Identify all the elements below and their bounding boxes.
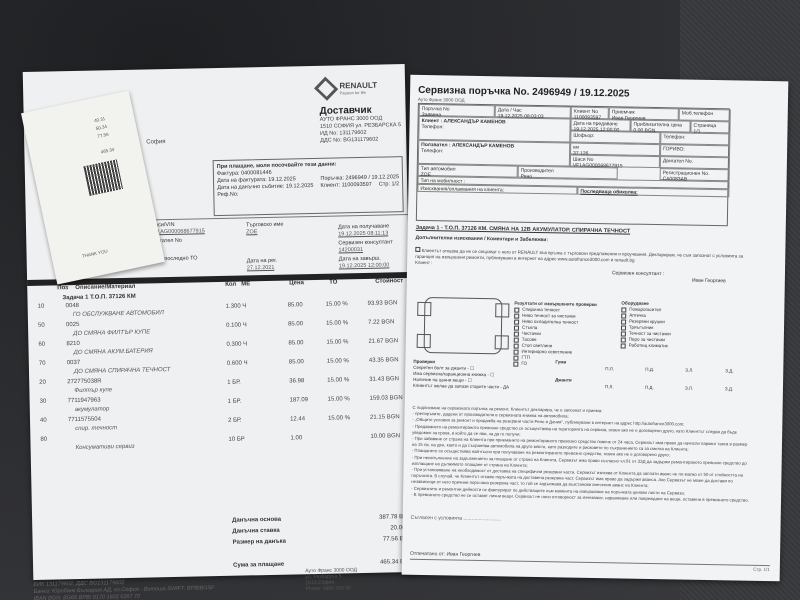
- line-pos: 60: [38, 342, 45, 348]
- line-value: 21.67 BGN: [368, 338, 398, 345]
- checkbox-icon[interactable]: [514, 325, 519, 330]
- receipt-line: 40.31: [94, 116, 106, 123]
- brand-name: RENAULT: [339, 81, 377, 91]
- checkbox-icon[interactable]: [514, 331, 519, 336]
- consent-checkbox[interactable]: [415, 247, 420, 252]
- checkbox-icon[interactable]: [621, 319, 626, 324]
- line-desc: ДО СМЯНА ФИЛТЪР КУПЕ: [73, 329, 150, 337]
- line-pos: 30: [40, 399, 47, 405]
- wheel-icon: [495, 335, 509, 349]
- requests-label: Изисквания/оплаквания на клиента:: [417, 184, 577, 195]
- service-order-document: Сервизна поръчка No. 2496949 / 19.12.202…: [402, 75, 789, 582]
- wheel-icon: [417, 334, 431, 348]
- brand-tagline: Passion for life: [340, 90, 378, 96]
- order-task: Задача 1 - Т.О.П. 37126 КМ. СМЯНА НА 12В…: [416, 225, 631, 235]
- client-city: София: [146, 139, 165, 145]
- checkbox-icon[interactable]: [621, 313, 626, 318]
- checkbox-icon[interactable]: [514, 343, 519, 348]
- line-price: 85.00: [288, 340, 303, 346]
- tyre-pos: З.Д.: [725, 368, 733, 373]
- line-discount: 15.00 %: [326, 301, 348, 307]
- renault-diamond-icon: [314, 77, 338, 101]
- tax-amount-label: Размер на данъка: [233, 539, 287, 551]
- line-pos: 20: [39, 380, 46, 386]
- line-price: 85.00: [288, 302, 303, 308]
- line-qty: 1.300 Ч: [226, 303, 247, 309]
- tyre-pos: П.Д.: [645, 367, 654, 372]
- line-price: 85.00: [288, 321, 303, 327]
- line-value: 159.03 BGN: [370, 395, 403, 402]
- order-fields-grid: Поръчка NoЗаявена Дата / Час19.12.2025 0…: [416, 103, 730, 226]
- line-qty: 0.300 Ч: [226, 341, 247, 347]
- line-price: 85.00: [289, 359, 304, 365]
- line-discount: 15.00 %: [326, 339, 348, 345]
- mobile-label: Моб.телефон: [679, 108, 731, 121]
- line-code: 7711575504: [68, 416, 101, 423]
- checkbox-icon[interactable]: [514, 337, 519, 342]
- line-pos: 70: [39, 361, 46, 367]
- col-discount: ТО: [329, 280, 337, 286]
- received-value: 19.12.2025 08:11:13: [338, 230, 389, 238]
- line-value: 7.22 BGN: [368, 319, 394, 326]
- inspections: Проверки Секретен болт за джанти - ☐ Има…: [413, 359, 510, 391]
- consultant-label: Сервизен консултант: [338, 239, 393, 247]
- col-unit: МЕ: [241, 281, 250, 287]
- task-title: Задача 1 Т.О.П. 37126 КМ: [62, 294, 135, 302]
- supplier-vat: ДДС No: BG131179602: [320, 136, 410, 145]
- equipment-list: Оборудване ПожарогасителАптечкаРезервни …: [621, 300, 672, 349]
- checkbox-icon[interactable]: [621, 337, 626, 342]
- vehicle-info: Шаси/VINVF1AG000068677915 Двигател No Да…: [146, 214, 409, 277]
- tyres-label: Гуми: [555, 359, 566, 364]
- footer-divider: [410, 559, 770, 566]
- last-visit-label: Последваща обиколка:: [577, 187, 729, 198]
- line-code: 0048: [66, 303, 79, 309]
- line-value: 93.93 BGN: [368, 300, 398, 307]
- invoice-lines: 100048ГО ОБСЛУЖВАНЕ АВТОМОБИЛ1.300 Ч85.0…: [38, 296, 411, 456]
- renault-logo: RENAULT Passion for life: [317, 79, 377, 98]
- inspection-item: Клиентът желае да запази старите части -…: [413, 383, 509, 391]
- total-label: Сума за плащане: [233, 562, 284, 574]
- checkbox-icon[interactable]: [621, 307, 626, 312]
- line-qty: 1 БР.: [228, 399, 242, 405]
- rim-pos: П.Л.: [605, 384, 614, 389]
- tyre-pos: П.Л.: [605, 366, 614, 371]
- line-discount: 15.00 %: [326, 320, 348, 326]
- receipt-line: 50.34: [95, 124, 107, 131]
- car-diagram-icon: [424, 297, 503, 354]
- line-code: 0037: [67, 360, 80, 366]
- checkbox-icon[interactable]: [514, 307, 519, 312]
- line-pos: 10: [38, 304, 45, 310]
- line-value: 21.15 BGN: [370, 414, 400, 421]
- checkbox-icon[interactable]: [621, 325, 626, 330]
- line-desc: ГО ОБСЛУЖВАНЕ АВТОМОБИЛ: [73, 310, 164, 318]
- agree-signature: Съгласен с условията ...................…: [411, 515, 501, 523]
- line-qty: 1 БР.: [227, 380, 241, 386]
- consent-body: Клиентът отказва да не се свързват с нег…: [415, 248, 743, 263]
- rim-pos: З.Л.: [685, 386, 693, 391]
- client-number: Клиент: 1100093597: [320, 182, 371, 190]
- consultant-name: Иван Георгиев: [692, 278, 726, 285]
- terms-conditions: С подписване на сервизната поръчка за ре…: [411, 405, 753, 504]
- consent-text: Клиентът отказва да не се свързват с нег…: [415, 247, 755, 272]
- checkbox-icon[interactable]: [513, 355, 518, 360]
- line-pos: 50: [38, 323, 45, 329]
- line-discount: 15.00 %: [328, 396, 350, 402]
- col-qty: Кол: [225, 282, 236, 288]
- line-qty: 10 БР: [228, 436, 244, 442]
- line-discount: 15.00 %: [327, 377, 349, 383]
- line-qty: 0.100 Ч: [226, 322, 247, 328]
- payment-info-box: При плащане, моля посочвайте тези данни:…: [213, 156, 404, 216]
- line-value: 31.43 BGN: [369, 376, 399, 383]
- order-page-number: Стр. 1/1: [753, 567, 770, 572]
- line-pos: 80: [40, 437, 47, 443]
- line-price: 36.98: [289, 378, 304, 384]
- rims-label: Джанти: [555, 377, 572, 382]
- line-discount: 15.00 %: [328, 415, 350, 421]
- line-price: 187.09: [290, 397, 308, 403]
- company-footer: Ауто Франс 3000 ООД ул. Резбарска 5 1510…: [305, 567, 357, 592]
- wheel-icon: [417, 302, 431, 316]
- totals-block: Данъчна основа387.78 BGN Данъчна ставка2…: [212, 514, 413, 574]
- trade-name-value: ZOE: [246, 229, 284, 237]
- line-desc: спир. течност: [75, 425, 117, 432]
- check-label: Работещ климатик: [629, 343, 668, 350]
- printed-by: Отпечатано от: Иван Георгиев: [410, 551, 480, 558]
- consultant-sign: Сервизен консултант : Иван Георгиев: [612, 270, 726, 284]
- line-value: 10.00 BGN: [370, 433, 400, 440]
- col-value: Стойност: [375, 278, 403, 285]
- checkbox-icon[interactable]: [514, 313, 519, 318]
- line-price: 12.44: [290, 416, 305, 422]
- tyre-pos: З.Л.: [685, 368, 693, 373]
- completed-value: 19.12.2025 12:00:00: [339, 262, 390, 270]
- checkbox-icon[interactable]: [514, 319, 519, 324]
- wheel-icon: [495, 303, 509, 317]
- rim-pos: П.Д.: [645, 385, 654, 390]
- supplier-block: Доставчик АУТО ФРАНС 3000 ООД 1510 СОФИЯ…: [319, 104, 410, 145]
- page-number: Стр: 1/2: [379, 181, 399, 188]
- line-code: 7711947963: [68, 397, 101, 404]
- notes-label: Допълнителни изисквания / Коментари и За…: [415, 235, 548, 243]
- col-pos: Поз: [57, 285, 68, 291]
- line-code: 272775038R: [67, 378, 101, 385]
- line-desc: Филтър купе: [74, 387, 112, 394]
- line-price: 1.00: [290, 435, 302, 441]
- line-qty: 2 БР.: [228, 418, 242, 424]
- check-item: Работещ климатик: [621, 342, 671, 349]
- checkbox-icon[interactable]: [621, 343, 626, 348]
- checkbox-icon[interactable]: [621, 331, 626, 336]
- trade-name-label: Търговско име: [246, 222, 284, 230]
- line-discount: 15.00 %: [327, 358, 349, 364]
- order-subtitle: Ауто Франс 3000 ООД: [418, 97, 465, 103]
- line-code: 8210: [66, 341, 79, 347]
- check-results: Резултати от извършените проверки Спирач…: [513, 301, 597, 368]
- line-qty: 0.600 Ч: [227, 360, 248, 366]
- reg-date-value: 27.12.2021: [247, 265, 277, 273]
- consultant-value: 14200031: [338, 246, 393, 254]
- line-desc: акумулатор: [75, 406, 110, 413]
- line-desc: ДО СМЯНА АКУМ.БАТЕРИЯ: [74, 348, 153, 356]
- checkbox-icon[interactable]: [513, 361, 518, 366]
- receipt-line: 77.56: [97, 132, 109, 139]
- receipt-footer: THANK YOU: [82, 248, 109, 258]
- col-price: Цена: [289, 280, 304, 286]
- col-desc: Описание/Материал: [75, 284, 135, 291]
- line-value: 43.35 BGN: [369, 357, 399, 364]
- qr-code-icon: [83, 159, 122, 195]
- check-label: ГО: [521, 361, 527, 367]
- rim-pos: З.Д.: [725, 386, 733, 391]
- checkbox-icon[interactable]: [514, 349, 519, 354]
- line-desc: Консумативи сервиз: [76, 444, 135, 451]
- line-desc: ДО СМЯНА СПИРАЧНА ТЕЧНОСТ: [74, 367, 171, 375]
- footer-phone: Phone: 0800 359 00: [306, 585, 358, 592]
- line-pos: 40: [40, 418, 47, 424]
- bank-footer: ЕИК 131179602, ДДС BG131179602 Банка: Юр…: [33, 578, 214, 600]
- line-code: 0025: [66, 322, 79, 328]
- receipt-line: 465.34: [100, 147, 115, 155]
